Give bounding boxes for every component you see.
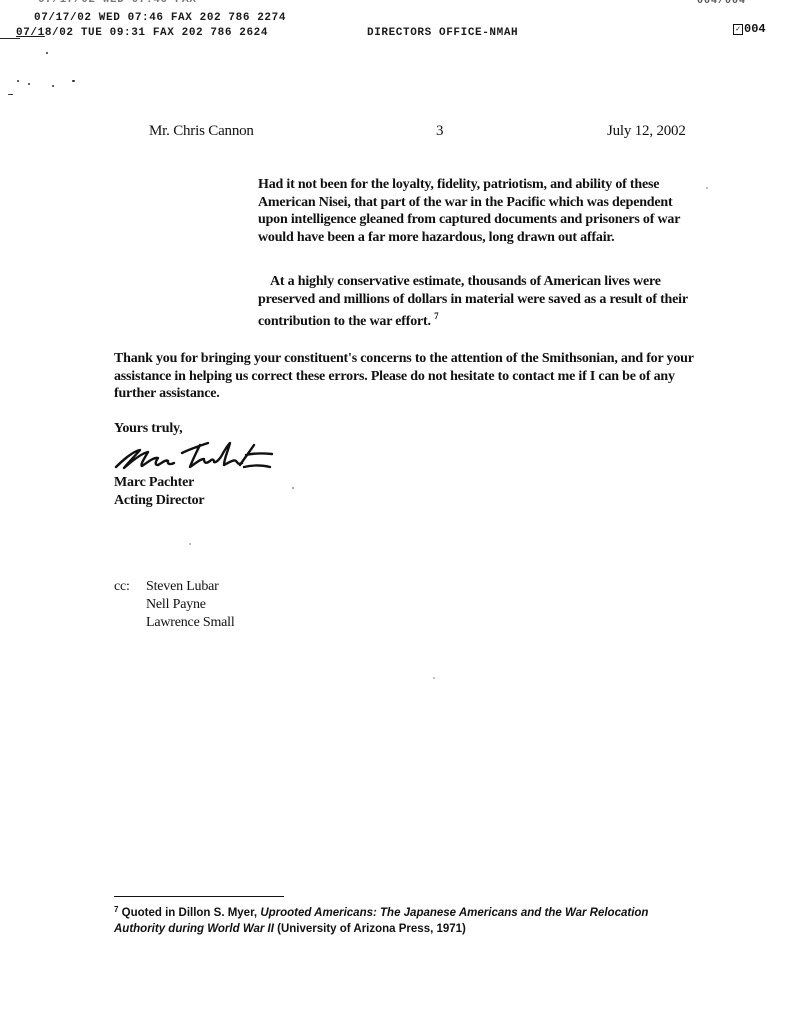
scan-speck	[52, 85, 54, 87]
scan-speck	[28, 83, 30, 85]
cc-label: cc:	[114, 578, 130, 596]
fax-header-line-2: 07/18/02 TUE 09:31 FAX 202 786 2624	[16, 27, 268, 39]
cc-recipient: Lawrence Small	[146, 614, 235, 632]
fax-page-number: 004	[744, 22, 766, 36]
fax-header-line-2-date-prefix: 07/1	[16, 27, 45, 39]
signer-title: Acting Director	[114, 492, 204, 510]
footnote-lead: Quoted in Dillon S. Myer,	[122, 907, 261, 919]
letter-date: July 12, 2002	[607, 123, 686, 141]
footnote: 7 Quoted in Dillon S. Myer, Uprooted Ame…	[114, 902, 674, 937]
footnote-divider	[114, 896, 284, 897]
cc-recipient: Steven Lubar	[146, 578, 235, 596]
recipient-header: Mr. Chris Cannon	[149, 123, 254, 141]
scan-speck	[433, 677, 435, 679]
body-paragraph: Thank you for bringing your constituent'…	[114, 350, 704, 403]
scan-speck	[706, 187, 708, 189]
fax-page-indicator: ✓004	[733, 22, 766, 36]
quote-paragraph-2: At a highly conservative estimate, thous…	[258, 273, 698, 331]
cc-list: Steven Lubar Nell Payne Lawrence Small	[146, 578, 235, 632]
fax-office-label: DIRECTORS OFFICE-NMAH	[367, 27, 518, 39]
footnote-number: 7	[114, 905, 118, 914]
quote-paragraph-2-body: At a highly conservative estimate, thous…	[258, 273, 698, 331]
scan-speck	[189, 543, 191, 545]
signer-name: Marc Pachter	[114, 474, 194, 492]
signature-scribble-icon	[112, 437, 312, 477]
fax-header-line-2-rest: 8/02 TUE 09:31 FAX 202 786 2624	[45, 27, 268, 39]
scan-speck	[8, 94, 13, 95]
quote-paragraph-1: Had it not been for the loyalty, fidelit…	[258, 176, 698, 246]
scan-speck	[292, 487, 294, 489]
fax-header-line-1: 07/17/02 WED 07:46 FAX 202 786 2274	[34, 12, 286, 24]
scan-speck	[17, 80, 19, 82]
footnote-publisher: (University of Arizona Press, 1971)	[274, 923, 466, 935]
fax-page-indicator-top: 004/004	[697, 0, 746, 7]
scan-speck	[46, 52, 48, 54]
fax-page-box-icon: ✓	[733, 24, 743, 35]
fax-header-cutoff-line: 07/17/02 WED 07:46 FAX	[38, 0, 196, 6]
fax-lead-rule	[0, 38, 20, 39]
footnote-reference: 7	[434, 311, 438, 321]
scan-speck	[72, 80, 75, 82]
cc-recipient: Nell Payne	[146, 596, 235, 614]
page-number: 3	[436, 123, 443, 141]
quote-paragraph-2-text: At a highly conservative estimate, thous…	[258, 274, 688, 329]
closing-salutation: Yours truly,	[114, 420, 182, 438]
quote-paragraph-1-text: Had it not been for the loyalty, fidelit…	[258, 176, 698, 246]
